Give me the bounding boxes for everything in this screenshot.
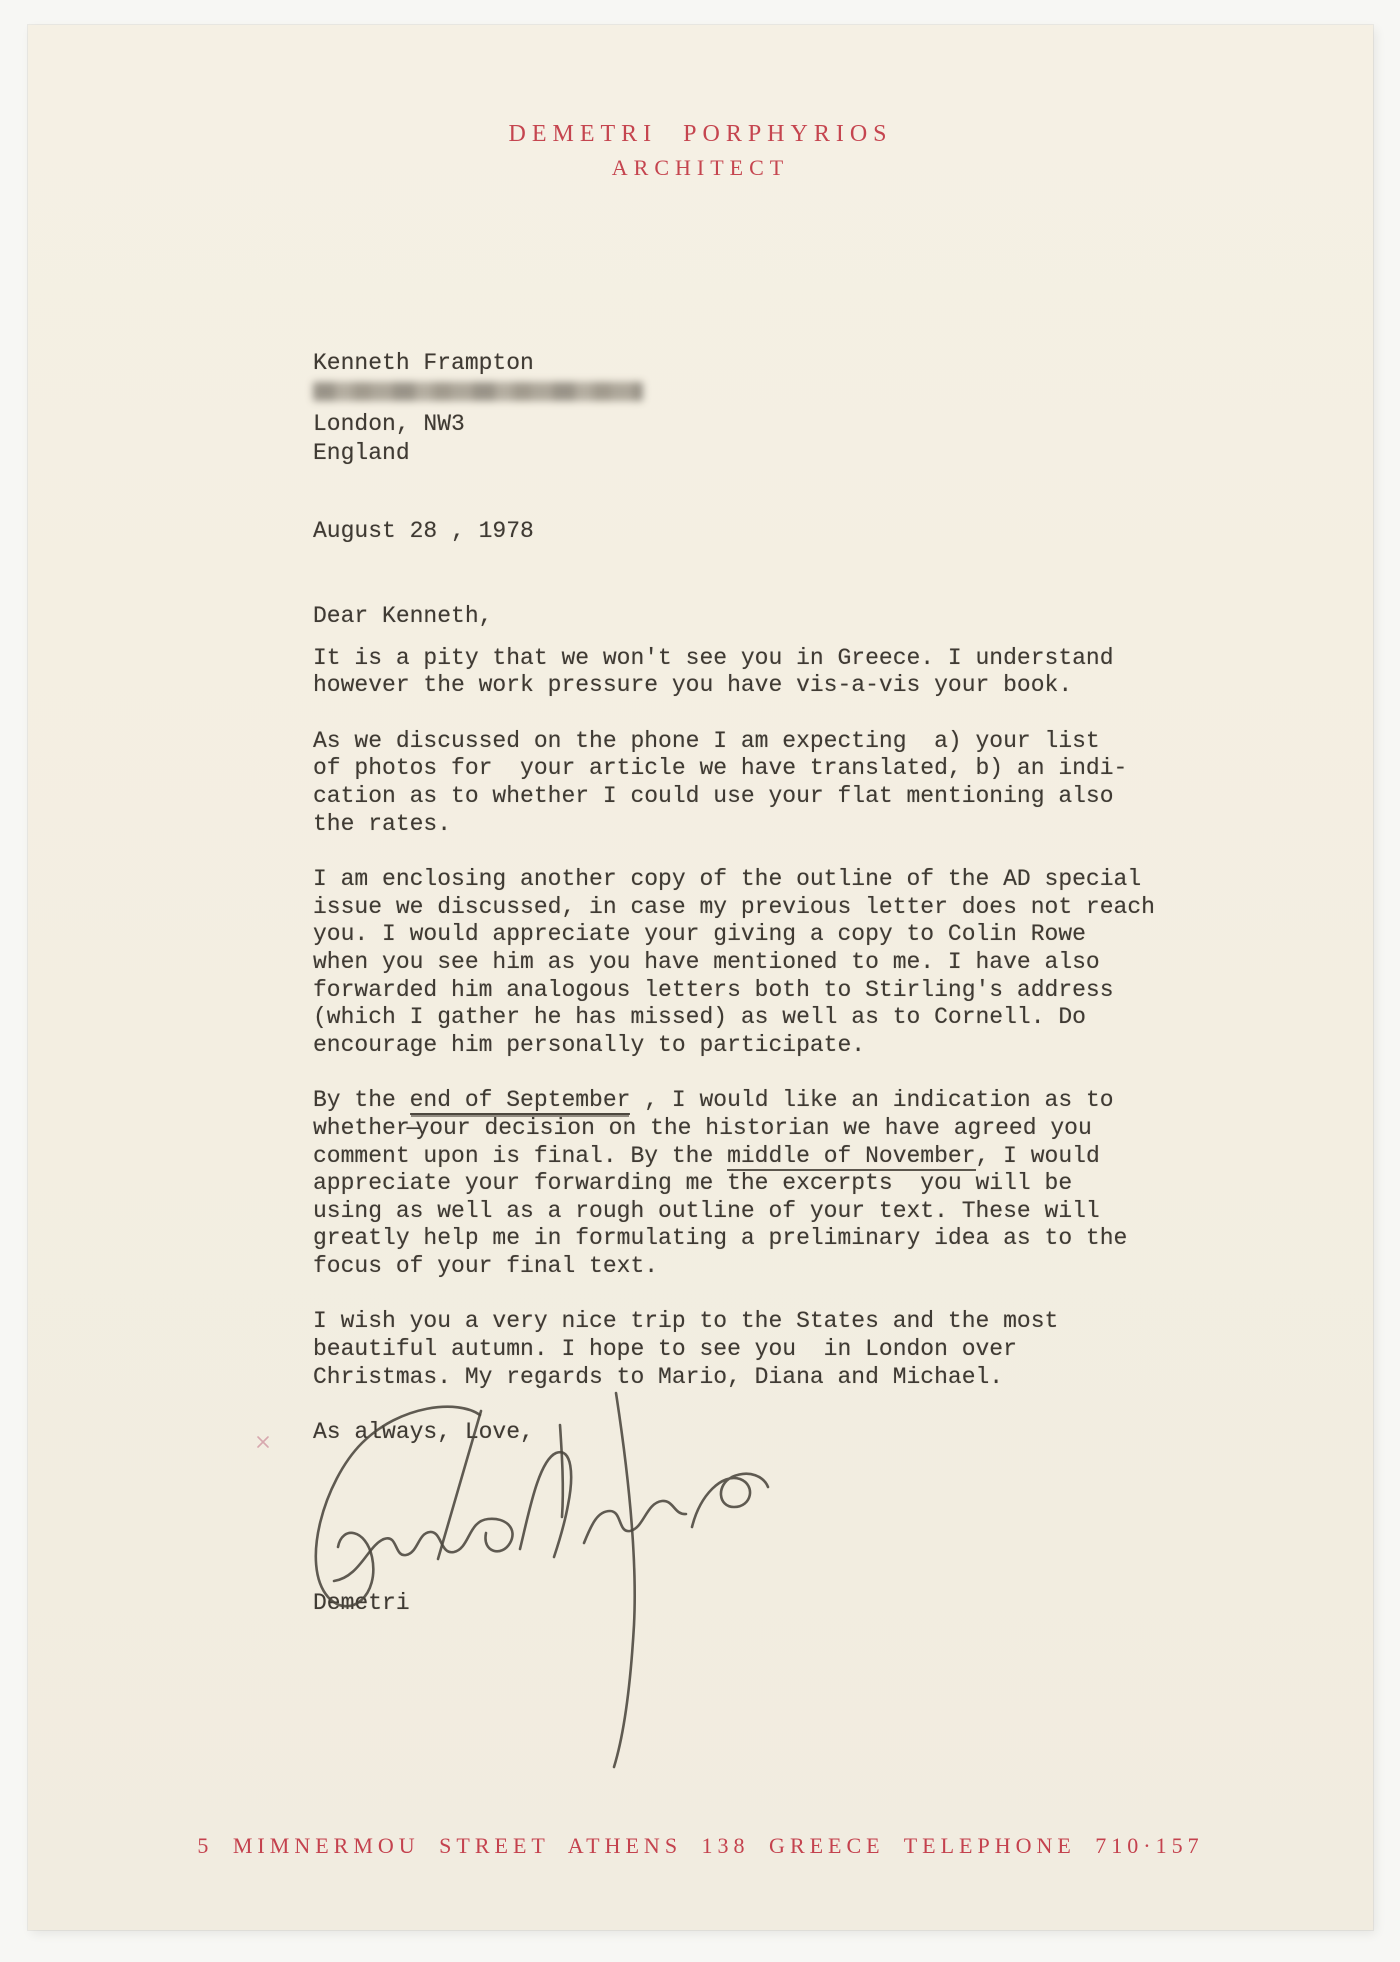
letter-line: using as well as a rough outline of your…: [313, 1198, 1155, 1226]
salutation: Dear Kenneth,: [313, 603, 1155, 631]
page-background: DEMETRI PORPHYRIOS ARCHITECT Kenneth Fra…: [0, 0, 1400, 1962]
letter-paper: DEMETRI PORPHYRIOS ARCHITECT Kenneth Fra…: [28, 25, 1373, 1930]
redacted-address-line: [313, 382, 643, 401]
letter-line: Christmas. My regards to Mario, Diana an…: [313, 1364, 1155, 1392]
letter-line: greatly help me in formulating a prelimi…: [313, 1225, 1155, 1253]
recipient-address-row: [313, 378, 643, 410]
letter-line: (which I gather he has missed) as well a…: [313, 1004, 1155, 1032]
letter-line: however the work pressure you have vis-a…: [313, 672, 1155, 700]
body-paragraph: It is a pity that we won't see you in Gr…: [313, 645, 1155, 700]
letterhead-name: DEMETRI PORPHYRIOS: [28, 118, 1373, 151]
closing-valediction: As always, Love,: [313, 1419, 1155, 1447]
letter-body: Dear Kenneth, It is a pity that we won't…: [313, 603, 1155, 1617]
letter-line: of photos for your article we have trans…: [313, 755, 1155, 783]
letter-line: I wish you a very nice trip to the State…: [313, 1308, 1155, 1336]
letter-line: the rates.: [313, 811, 1155, 839]
letter-line: when you see him as you have mentioned t…: [313, 949, 1155, 977]
date-line: August 28 , 1978: [313, 518, 534, 544]
letter-line: issue we discussed, in case my previous …: [313, 894, 1155, 922]
letter-line: appreciate your forwarding me the excerp…: [313, 1170, 1155, 1198]
body-paragraph: I wish you a very nice trip to the State…: [313, 1308, 1155, 1391]
letter-line: As we discussed on the phone I am expect…: [313, 728, 1155, 756]
recipient-name: Kenneth Frampton: [313, 349, 643, 378]
letter-line: cation as to whether I could use your fl…: [313, 783, 1155, 811]
paragraphs-container: It is a pity that we won't see you in Gr…: [313, 645, 1155, 1392]
body-paragraph: I am enclosing another copy of the outli…: [313, 866, 1155, 1059]
letter-line: It is a pity that we won't see you in Gr…: [313, 645, 1155, 673]
recipient-city: London, NW3: [313, 410, 643, 439]
letter-line: forwarded him analogous letters both to …: [313, 977, 1155, 1005]
body-paragraph: As we discussed on the phone I am expect…: [313, 728, 1155, 838]
letter-line: whether—your decision on the historian w…: [313, 1115, 1155, 1143]
letter-line: encourage him personally to participate.: [313, 1032, 1155, 1060]
letter-line: By the end of September , I would like a…: [313, 1087, 1155, 1115]
signature-name: Demetri: [313, 1590, 1155, 1618]
letter-line: I am enclosing another copy of the outli…: [313, 866, 1155, 894]
letter-line: focus of your final text.: [313, 1253, 1155, 1281]
letterhead: DEMETRI PORPHYRIOS ARCHITECT: [28, 118, 1373, 184]
body-paragraph: By the end of September , I would like a…: [313, 1087, 1155, 1280]
recipient-block: Kenneth Frampton London, NW3 England: [313, 349, 643, 468]
letter-line: you. I would appreciate your giving a co…: [313, 921, 1155, 949]
recipient-country: England: [313, 439, 643, 468]
footer-address: 5 MIMNERMOU STREET ATHENS 138 GREECE TEL…: [28, 1833, 1373, 1859]
letter-line: beautiful autumn. I hope to see you in L…: [313, 1336, 1155, 1364]
letter-line: comment upon is final. By the middle of …: [313, 1143, 1155, 1171]
letterhead-title: ARCHITECT: [28, 151, 1373, 184]
